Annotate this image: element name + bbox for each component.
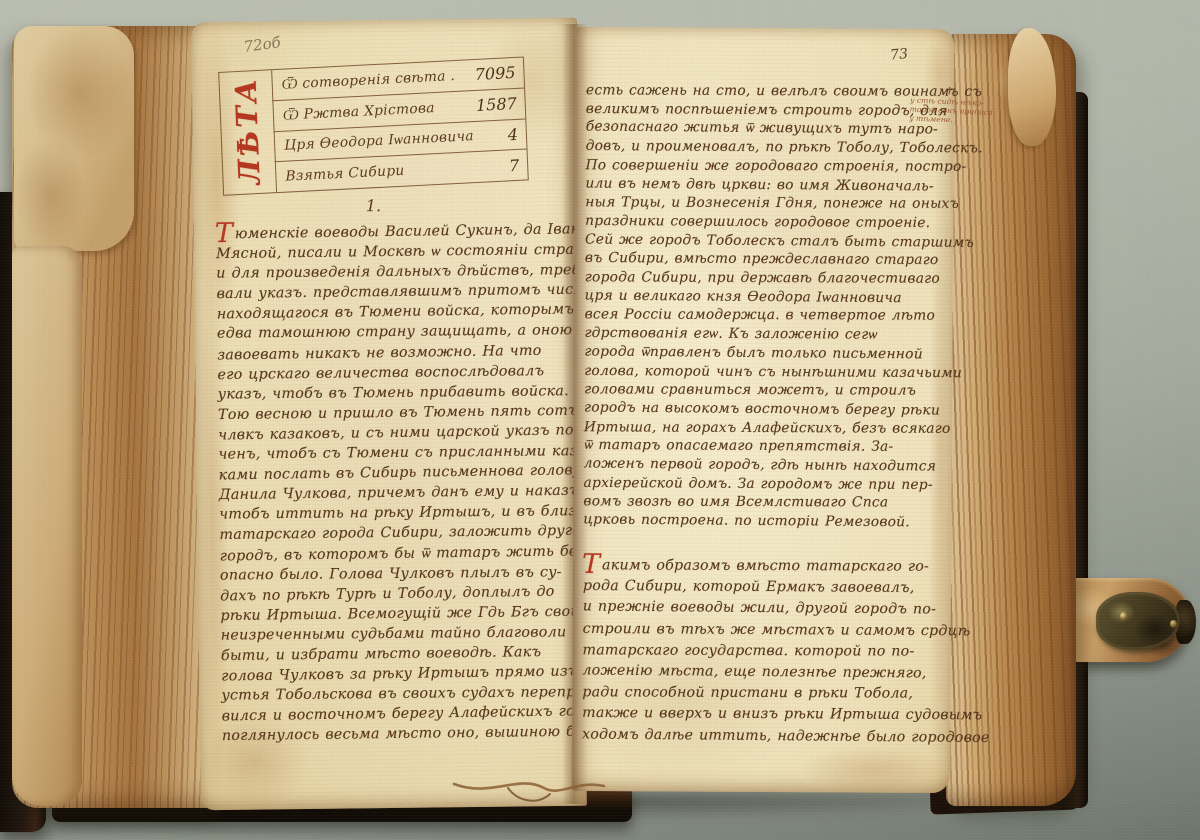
manuscript-line: и прежніе воеводы жили, другой городъ по… [583,597,941,621]
manuscript-line: есть сажень на сто, и велѣлъ своимъ воин… [586,81,944,101]
manuscript-line: неизреченными судьбами тайно благоволи [221,622,577,646]
era-row-label: Цря Ѳеодора Іѡанновича [284,128,474,154]
paragraph-lines: юменскіе воеводы Василей Сукинъ, да Іван… [216,220,578,747]
manuscript-line: Сей же городъ Тоболескъ сталъ быть старш… [585,230,943,252]
manuscript-paragraph: Т юменскіе воеводы Василей Сукинъ, да Ів… [216,220,578,747]
paragraph-lines: есть сажень на сто, и велѣлъ своимъ воин… [583,81,944,532]
manuscript-line: или въ немъ двѣ цркви: во имя Живоначаль… [585,174,943,196]
manuscript-paragraph: есть сажень на сто, и велѣлъ своимъ воин… [583,81,944,532]
manuscript-line: акимъ образомъ вмѣсто татарскаго го- [583,555,941,578]
manuscript-line: црковь построена. по исторіи Ремезовой. [583,511,941,533]
manuscript-line: архіерейской домъ. За городомъ же при пе… [583,474,941,495]
manuscript-line: чтобъ иттить на рѣку Иртышъ, и въ близос… [219,502,575,526]
manuscript-paragraph: Т акимъ образомъ вмѣсто татарскаго го-ро… [582,555,941,748]
clasp-nail [1120,612,1127,621]
manuscript-line: довъ, и проименовалъ, по рѣкѣ Тоболу, То… [586,137,944,158]
manuscript-line: ложенію мѣста, еще полезнѣе прежняго, [582,660,940,684]
manuscript-line: вомъ звозѣ во имя Всемлстиваго Спса [583,493,941,513]
leather-clasp [1058,572,1196,672]
manuscript-line: ныя Трцы, и Вознесенія Гдня, понеже на о… [585,194,943,214]
manuscript-line: Иртыша, на горахъ Алафейскихъ, безъ всяк… [584,418,942,438]
right-page-folio-73: 73 ✝ у стѣ сидѣ нѣко-торой сонъ приписау… [572,27,955,793]
left-page-folio-72v: 72об ЛѢТА Ѿ сотворенія свѣта . 7095 Ѿ Рж… [191,18,587,811]
manuscript-line: всея Россіи самодержца. в четвертое лѣто [585,306,943,326]
manuscript-line: строили въ тѣхъ же мѣстахъ и самомъ срдц… [583,619,941,642]
manuscript-line: безопаснаго житья ѿ живущихъ тутъ наро- [586,118,944,140]
era-row-label: Ѿ сотворенія свѣта . [281,67,471,93]
era-row-value: 1587 [472,94,517,115]
manuscript-line: голова, которой чинъ съ нынѣшними казачь… [584,361,942,382]
era-table: ЛѢТА Ѿ сотворенія свѣта . 7095 Ѿ Ржтва Х… [218,56,529,195]
clasp-brass-plate [1096,592,1180,650]
manuscript-line: По совершеніи же городоваго строенія, по… [585,156,943,176]
era-row-label: Взятья Сибири [285,159,475,185]
era-table-rows: Ѿ сотворенія свѣта . 7095 Ѿ Ржтва Хрісто… [271,58,528,193]
folio-number-left: 72об [242,33,281,56]
manuscript-line: татарскаго государства. которой по по- [582,640,940,663]
era-table-side-cell: ЛѢТА [219,70,277,195]
era-table-side-label: ЛѢТА [228,67,267,195]
manuscript-line: въ Сибири, вмѣсто преждеславнаго стараго [585,249,943,270]
bookmark-thread [446,768,626,812]
manuscript-line: также и вверхъ и внизъ рѣки Иртыша судов… [582,703,940,726]
manuscript-line: ради способной пристани в рѣки Тобола, [582,682,940,705]
manuscript-line: ходомъ далѣе иттить, надежнѣе было город… [582,724,940,748]
manuscript-line: и для произведенія дальныхъ дѣйствъ, тре… [216,260,572,284]
manuscript-line: города ѿправленъ былъ только письменной [584,342,942,364]
era-row-value: 7 [475,155,520,176]
manuscript-line: города Сибири, при державѣ благочестиваг… [585,268,943,288]
manuscript-line: праздники совершилось городовое строеніе… [585,212,943,233]
era-row-value: 4 [474,125,519,146]
manuscript-line: гдрствованія егѡ. Къ заложенію сегѡ [584,324,942,345]
folio-number-right: 73 [890,46,909,64]
manuscript-line: ложенъ первой городъ, гдѣ нынѣ находится [584,454,942,476]
era-row-label: Ѿ Ржтва Хрістова [283,98,473,124]
manuscript-line: городъ на высокомъ восточномъ берегу рѣк… [584,398,942,420]
paragraph-lines: акимъ образомъ вмѣсто татарскаго го-рода… [582,555,941,748]
manuscript-line: головами сравниться можетъ, и строилъ [584,381,942,401]
era-row-value: 7095 [471,63,516,84]
manuscript-line: указъ, чтобъ въ Тюмень прибавить войска. [218,381,574,405]
chapter-number: 1. [223,194,523,217]
clasp-nail [1170,620,1177,628]
manuscript-photo-scene: 72об ЛѢТА Ѿ сотворенія свѣта . 7095 Ѿ Рж… [0,0,1200,840]
